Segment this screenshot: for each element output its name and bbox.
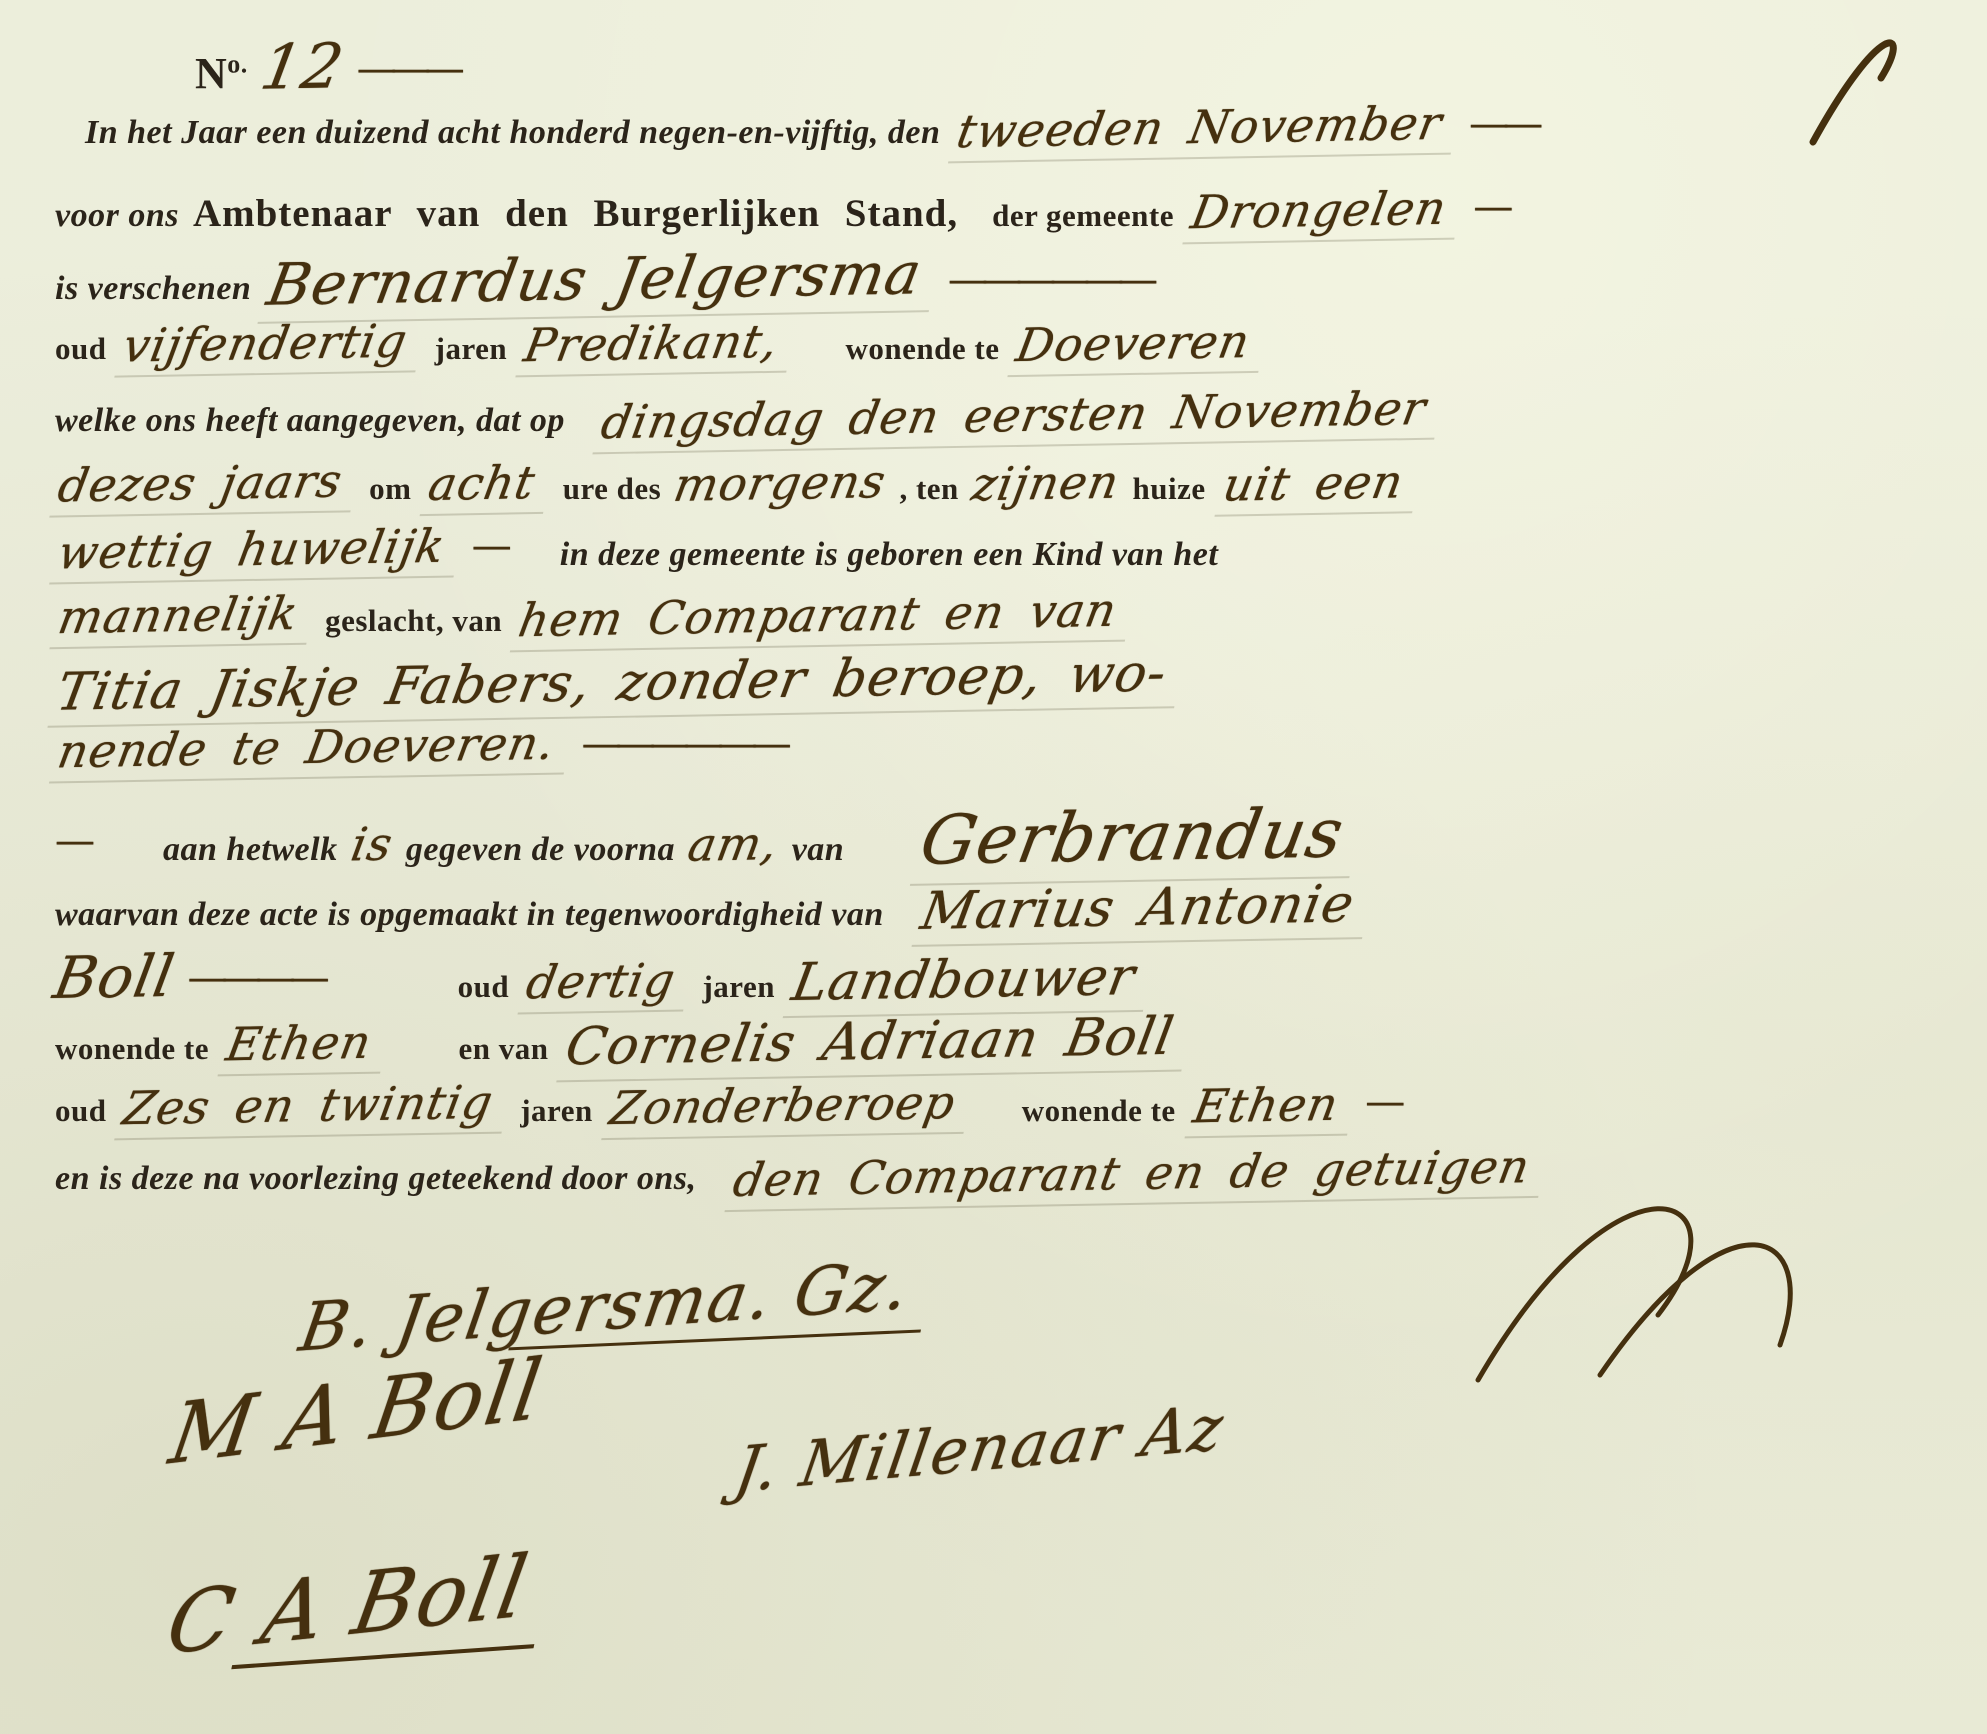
printed-of-label: van <box>792 831 845 869</box>
entry-father-reference: hem Comparant en van <box>510 583 1136 653</box>
entry-witness2-age: Zes en twintig <box>115 1075 512 1141</box>
entry-is: is <box>347 817 397 872</box>
printed-residence-label: wonende te <box>1022 1093 1176 1129</box>
printed-declaration-text: welke ons heeft aangegeven, dat op <box>55 402 565 440</box>
entry-child-name: Gerbrandus <box>910 794 1364 886</box>
entry-witness2-residence: Ethen <box>1184 1077 1357 1139</box>
printed-age-label: oud <box>55 1093 106 1129</box>
entry-record-date: tweeden November <box>948 96 1461 164</box>
ink-dash: — <box>472 523 506 569</box>
entry-morning: morgens <box>670 454 890 512</box>
printed-residence-label: wonende te <box>846 331 1000 367</box>
line-mother-name: Titia Jiskje Fabers, zonder beroep, wo- <box>55 653 1957 718</box>
line-official-municipality: voor ons Ambtenaar van den Burgerlijken … <box>55 183 1957 242</box>
entry-witness1-age: dertig <box>518 953 694 1015</box>
ink-dash: —— <box>1469 101 1537 147</box>
printed-age-label: oud <box>458 969 509 1005</box>
signature-millenaar: J. Millenaar Az <box>730 1390 1230 1507</box>
act-number-line: No. 12 ——— <box>195 30 1957 103</box>
printed-to-which-label: aan hetwelk <box>163 831 338 869</box>
entry-his: zijnen <box>968 455 1124 512</box>
printed-registrar-title: Ambtenaar van den Burgerlijken Stand, <box>193 191 958 236</box>
printed-at-his: , ten <box>899 471 958 507</box>
printed-closing-text: en is deze na voorlezing geteekend door … <box>55 1160 697 1198</box>
ink-rule: ———— <box>188 955 324 1001</box>
printed-hour-label: ure des <box>563 471 662 507</box>
line-child-gender-parents: mannelijk geslacht, van hem Comparant en… <box>55 588 1957 647</box>
printed-house-label: huize <box>1132 471 1205 507</box>
printed-at-label: om <box>369 471 411 507</box>
ink-dash: — <box>55 818 89 864</box>
entry-act-number: 12 <box>255 29 349 103</box>
entry-witness1-residence: Ethen <box>217 1015 390 1077</box>
printed-appeared-label: is verschenen <box>55 270 251 308</box>
ink-rule: —————— <box>582 721 786 767</box>
line-witness-intro: waarvan deze acte is opgemaakt in tegenw… <box>55 878 1957 943</box>
printed-years-label: jaren <box>520 1093 593 1129</box>
ink-rule: ——— <box>357 46 459 92</box>
entry-name-suffix: am, <box>684 816 783 872</box>
entry-mother-name: Titia Jiskje Fabers, zonder beroep, wo- <box>47 643 1185 728</box>
ink-flourish-top-right <box>1795 12 1935 152</box>
line-declarant-details: oud vijfendertig jaren Predikant, wonend… <box>55 316 1957 375</box>
entry-declarant-occupation: Predikant, <box>515 314 797 378</box>
line-witness2-intro: wonende te Ethen en van Cornelis Adriaan… <box>55 1012 1957 1077</box>
printed-witness-intro-text: waarvan deze acte is opgemaakt in tegenw… <box>55 896 884 934</box>
printed-given-name-label: gegeven de voorna <box>406 831 675 869</box>
printed-year-text: In het Jaar een duizend acht honderd neg… <box>85 114 940 152</box>
line-child-given-name: — aan hetwelk is gegeven de voorna am, v… <box>55 798 1957 882</box>
entry-closing-signers: den Comparant en de getuigen <box>724 1139 1548 1212</box>
entry-witness2-occupation: Zonderberoep <box>601 1075 974 1140</box>
entry-birth-hour: acht <box>420 455 554 516</box>
entry-declarant-name: Bernardus Jelgersma <box>258 239 942 324</box>
number-label: No. <box>195 48 248 99</box>
printed-text: voor ons <box>55 197 179 235</box>
printed-municipality-label: der gemeente <box>992 198 1174 234</box>
entry-birth-day: dingsdag den eersten November <box>592 381 1444 455</box>
birth-record-document: No. 12 ——— In het Jaar een duizend acht … <box>0 0 1987 1734</box>
printed-age-label: oud <box>55 331 106 367</box>
line-time-and-place: dezes jaars om acht ure des morgens , te… <box>55 456 1957 515</box>
line-witness2-details: oud Zes en twintig jaren Zonderberoep wo… <box>55 1078 1957 1137</box>
entry-mother-residence: nende te Doeveren. <box>49 716 574 784</box>
ink-dash: — <box>1473 184 1507 230</box>
line-year-and-date: In het Jaar een duizend acht honderd neg… <box>85 100 1957 159</box>
entry-witness1-firstnames: Marius Antonie <box>911 874 1373 947</box>
signature-ca-boll: C A Boll <box>160 1536 536 1674</box>
ink-paraph-flourish <box>1450 1160 1860 1400</box>
entry-declarant-age: vijfendertig <box>115 313 427 377</box>
entry-child-gender: mannelijk <box>49 586 316 649</box>
ink-rule: —————— <box>948 257 1152 303</box>
line-legitimate-marriage-birth: wettig huwelijk — in deze gemeente is ge… <box>55 522 1957 581</box>
entry-municipality: Drongelen <box>1182 181 1465 245</box>
entry-out-of-a: uit een <box>1214 454 1422 516</box>
entry-witness2-name: Cornelis Adriaan Boll <box>556 1007 1192 1083</box>
line-witness1-details: Boll ———— oud dertig jaren Landbouwer <box>55 943 1957 1015</box>
printed-years-label: jaren <box>435 331 508 367</box>
entry-declarant-residence: Doeveren <box>1008 314 1269 377</box>
line-appeared-declarant: is verschenen Bernardus Jelgersma —————— <box>55 245 1957 318</box>
printed-years-label: jaren <box>702 969 775 1005</box>
line-declaration-date: welke ons heeft aangegeven, dat op dings… <box>55 388 1957 447</box>
printed-residence-label: wonende te <box>55 1031 209 1067</box>
ink-dash: — <box>1365 1079 1399 1125</box>
entry-witness1-surname: Boll <box>49 942 180 1012</box>
line-mother-residence: nende te Doeveren. —————— <box>55 720 1957 779</box>
entry-this-year: dezes jaars <box>49 453 360 517</box>
signature-jelgersma: B. Jelgersma. Gz. <box>295 1246 916 1367</box>
printed-born-child-text: in deze gemeente is geboren een Kind van… <box>560 536 1219 574</box>
entry-lawful-marriage: wettig huwelijk <box>49 518 464 584</box>
printed-and-of-label: en van <box>459 1031 549 1067</box>
printed-gender-of-label: geslacht, van <box>325 603 502 639</box>
